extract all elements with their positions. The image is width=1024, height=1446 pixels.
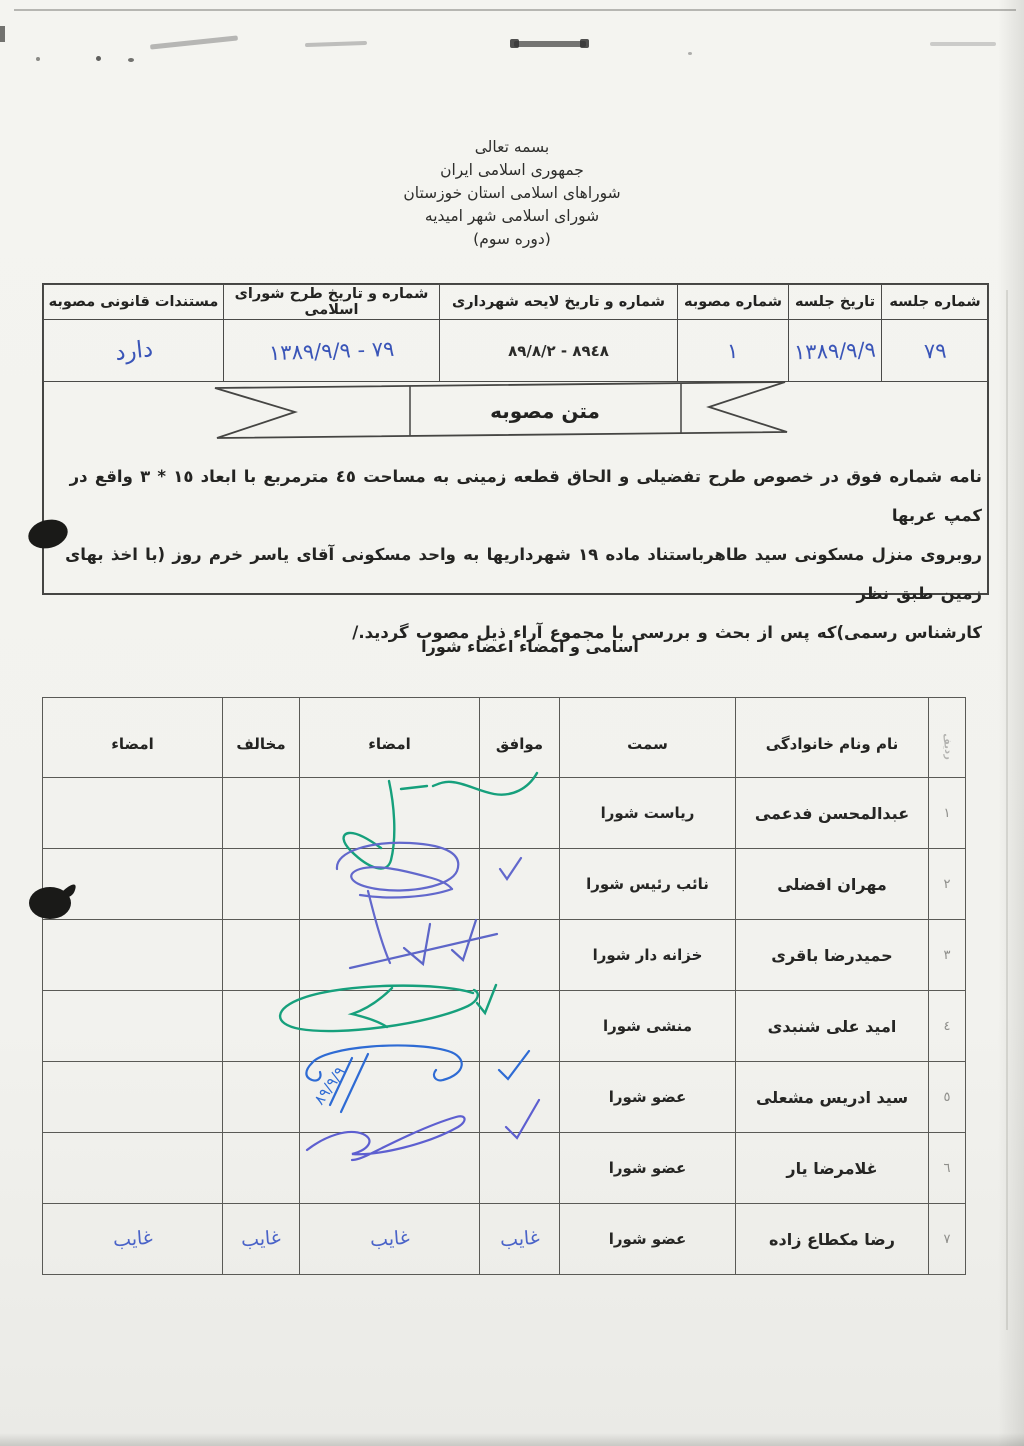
member-name: مهران افضلی	[736, 849, 929, 920]
scan-smudge	[688, 52, 692, 55]
resolution-line-1: نامه شماره فوق در خصوص طرح تفضیلی و الحا…	[52, 457, 982, 535]
signature-cell	[300, 920, 480, 991]
signature2-cell	[43, 778, 223, 849]
besmele-line: بسمه تعالی	[0, 136, 1024, 159]
scan-smudge	[580, 39, 589, 48]
agree-cell	[480, 920, 560, 991]
agree-cell	[480, 1062, 560, 1133]
member-row: ٣ حمیدرضا باقری خزانه دار شورا	[43, 920, 966, 991]
member-position: خزانه دار شورا	[560, 920, 736, 991]
city-council-line: شورای اسلامی شهر امیدیه	[0, 205, 1024, 228]
disagree-cell	[223, 991, 300, 1062]
disagree-cell	[223, 1062, 300, 1133]
agree-cell: غایب	[480, 1204, 560, 1275]
resolution-number-value: ١	[678, 320, 789, 382]
signature-cell	[300, 1062, 480, 1133]
resolution-line-2: روبروی منزل مسکونی سید طاهرباستناد ماده …	[52, 535, 982, 613]
member-row: ٦ غلامرضا یار عضو شورا	[43, 1133, 966, 1204]
member-row: ١ عبدالمحسن فدعمی ریاست شورا	[43, 778, 966, 849]
member-name: امید علی شنبدی	[736, 991, 929, 1062]
signature2-cell	[43, 920, 223, 991]
absent-mark: غایب	[369, 1227, 410, 1252]
scan-bottom-shadow	[0, 1433, 1024, 1446]
signature2-cell: غایب	[43, 1204, 223, 1275]
row-number: ٤	[929, 991, 966, 1062]
signature2-cell	[43, 1062, 223, 1133]
municipal-bill-header: شماره و تاریخ لایحه شهرداری	[440, 285, 678, 320]
scan-smudge	[150, 35, 238, 49]
info-value-row: ٧٩ ١٣٨٩/٩/٩ ١ ٨٩٤٨ - ٨٩/٨/٢ ٧٩ - ١٣٨٩/٩/…	[44, 320, 989, 382]
signature-cell	[300, 849, 480, 920]
legal-docs-header: مستندات قانونی مصوبه	[44, 285, 224, 320]
scan-right-line	[1006, 290, 1008, 1330]
scan-smudge	[514, 41, 586, 47]
member-position: ریاست شورا	[560, 778, 736, 849]
member-row: ٢ مهران افضلی نائب رئیس شورا	[43, 849, 966, 920]
row-number: ٢	[929, 849, 966, 920]
signature-cell	[300, 1133, 480, 1204]
council-plan-value: ٧٩ - ١٣٨٩/٩/٩	[224, 320, 440, 382]
position-header: سمت	[560, 698, 736, 778]
agree-cell	[480, 991, 560, 1062]
row-number: ٥	[929, 1062, 966, 1133]
row-number: ١	[929, 778, 966, 849]
session-date-value: ١٣٨٩/٩/٩	[789, 320, 882, 382]
members-table: ردیف نام ونام خانوادگی سمت موافق امضاء م…	[42, 697, 966, 1275]
member-name: غلامرضا یار	[736, 1133, 929, 1204]
info-header-row: شماره جلسه تاریخ جلسه شماره مصوبه شماره …	[44, 285, 989, 320]
member-name: عبدالمحسن فدعمی	[736, 778, 929, 849]
member-position: منشی شورا	[560, 991, 736, 1062]
scanned-document-page: بسمه تعالی جمهوری اسلامی ایران شوراهای ا…	[0, 0, 1024, 1446]
member-row: ٤ امید علی شنبدی منشی شورا	[43, 991, 966, 1062]
agree-cell	[480, 849, 560, 920]
signatures-heading: اسامی و امضاء اعضاء شورا	[0, 637, 1024, 656]
agree-cell	[480, 778, 560, 849]
municipal-bill-value: ٨٩٤٨ - ٨٩/٨/٢	[440, 320, 678, 382]
members-header-row: ردیف نام ونام خانوادگی سمت موافق امضاء م…	[43, 698, 966, 778]
resolution-box: شماره جلسه تاریخ جلسه شماره مصوبه شماره …	[42, 283, 989, 595]
member-position: عضو شورا	[560, 1062, 736, 1133]
signature-header: امضاء	[300, 698, 480, 778]
row-number: ٧	[929, 1204, 966, 1275]
member-position: عضو شورا	[560, 1133, 736, 1204]
signature-cell	[300, 778, 480, 849]
scan-smudge	[96, 56, 101, 61]
member-position: نائب رئیس شورا	[560, 849, 736, 920]
absent-mark: غایب	[240, 1227, 281, 1252]
member-name: رضا مکطاع زاده	[736, 1204, 929, 1275]
session-date-header: تاریخ جلسه	[789, 285, 882, 320]
resolution-text: نامه شماره فوق در خصوص طرح تفضیلی و الحا…	[52, 457, 982, 652]
province-council-line: شوراهای اسلامی استان خوزستان	[0, 182, 1024, 205]
session-number-header: شماره جلسه	[882, 285, 989, 320]
absent-mark: غایب	[112, 1227, 153, 1252]
scan-smudge	[305, 41, 367, 47]
agree-header: موافق	[480, 698, 560, 778]
disagree-cell: غایب	[223, 1204, 300, 1275]
resolution-banner: متن مصوبه	[209, 378, 793, 442]
scan-top-edge	[14, 9, 1016, 11]
signature-cell: غایب	[300, 1204, 480, 1275]
banner-title: متن مصوبه	[490, 399, 600, 423]
session-number-value: ٧٩	[882, 320, 989, 382]
member-name: سید ادریس مشعلی	[736, 1062, 929, 1133]
member-position: عضو شورا	[560, 1204, 736, 1275]
row-number: ٦	[929, 1133, 966, 1204]
scan-smudge	[510, 39, 519, 48]
disagree-header: مخالف	[223, 698, 300, 778]
signature2-cell	[43, 1133, 223, 1204]
resolution-number-header: شماره مصوبه	[678, 285, 789, 320]
document-letterhead: بسمه تعالی جمهوری اسلامی ایران شوراهای ا…	[0, 136, 1024, 251]
signature2-header: امضاء	[43, 698, 223, 778]
disagree-cell	[223, 920, 300, 991]
absent-mark: غایب	[499, 1227, 540, 1252]
disagree-cell	[223, 1133, 300, 1204]
row-number-header: ردیف	[929, 698, 966, 778]
signature2-cell	[43, 849, 223, 920]
member-row: ٥ سید ادریس مشعلی عضو شورا	[43, 1062, 966, 1133]
signature2-cell	[43, 991, 223, 1062]
session-info-table: شماره جلسه تاریخ جلسه شماره مصوبه شماره …	[43, 284, 989, 382]
scan-smudge	[930, 42, 996, 46]
row-number: ٣	[929, 920, 966, 991]
member-name: حمیدرضا باقری	[736, 920, 929, 991]
council-plan-header: شماره و تاریخ طرح شورای اسلامی	[224, 285, 440, 320]
scan-smudge	[36, 57, 40, 61]
scan-corner-mark	[0, 26, 5, 42]
signature-cell	[300, 991, 480, 1062]
member-row: ٧ رضا مکطاع زاده عضو شورا غایب غایب غایب…	[43, 1204, 966, 1275]
scan-smudge	[128, 58, 134, 62]
country-line: جمهوری اسلامی ایران	[0, 159, 1024, 182]
disagree-cell	[223, 778, 300, 849]
agree-cell	[480, 1133, 560, 1204]
disagree-cell	[223, 849, 300, 920]
name-header: نام ونام خانوادگی	[736, 698, 929, 778]
legal-docs-value: دارد	[44, 320, 224, 382]
term-line: (دوره سوم)	[0, 228, 1024, 251]
